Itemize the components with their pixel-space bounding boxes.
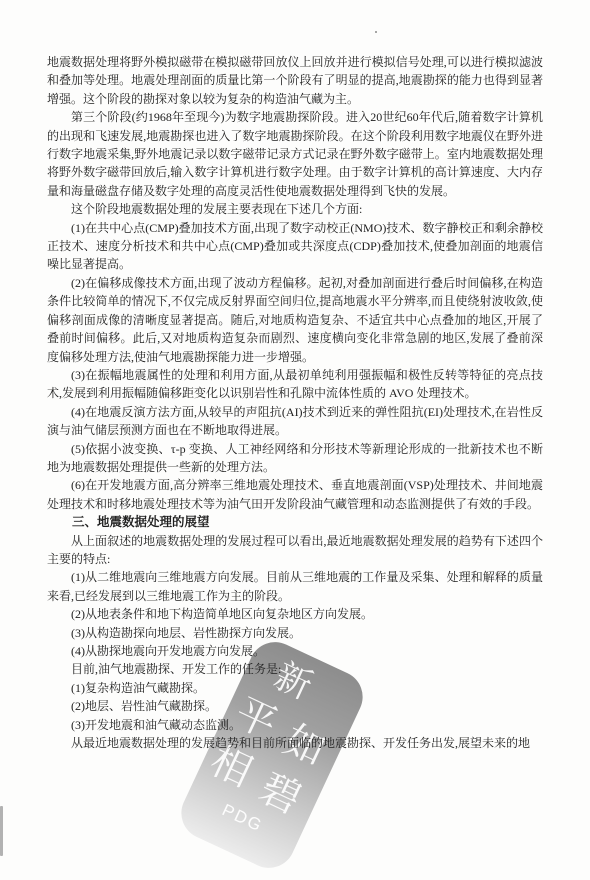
scan-speck: [375, 31, 377, 33]
seal-character-icon: 碧: [254, 768, 307, 821]
paragraph: (4)从勘探地震向开发地震方向发展。: [47, 642, 543, 660]
paragraph: (1)从二维地震向三维地震方向发展。目前从三维地震的工作量及采集、处理和解释的质…: [47, 568, 543, 605]
paragraph: 地震数据处理将野外模拟磁带在模拟磁带回放仪上回放并进行模拟信号处理,可以进行模拟…: [47, 53, 543, 108]
paragraph: 第三个阶段(约1968年至现今)为数字地震勘探阶段。进入20世纪60年代后,随着…: [47, 108, 543, 200]
document-page: 新 平 如 相 碧 PDG 地震数据处理将野外模拟磁带在模拟磁带回放仪上回放并进…: [0, 0, 590, 880]
paragraph: (3)开发地震和油气藏动态监测。: [47, 716, 543, 734]
paragraph: (3)从构造勘探向地层、岩性勘探方向发展。: [47, 624, 543, 642]
paragraph: 目前,油气地震勘探、开发工作的任务是:: [47, 660, 543, 678]
paragraph: (2)在偏移成像技术方面,出现了波动方程偏移。起初,对叠加剖面进行叠后时间偏移,…: [47, 274, 543, 366]
paragraph: (3)在振幅地震属性的处理和利用方面,从最初单纯利用强振幅和极性反转等特征的亮点…: [47, 366, 543, 403]
section-heading: 三、地震数据处理的展望: [47, 513, 543, 531]
paragraph: (6)在开发地震方面,高分辨率三维地震处理技术、垂直地震剖面(VSP)处理技术、…: [47, 476, 543, 513]
scan-edge-artifact: [0, 806, 3, 856]
paragraph: (4)在地震反演方法方面,从较早的声阻抗(AI)技术到近来的弹性阻抗(EI)处理…: [47, 403, 543, 440]
text-column: 地震数据处理将野外模拟磁带在模拟磁带回放仪上回放并进行模拟信号处理,可以进行模拟…: [47, 53, 543, 752]
paragraph: (2)从地表条件和地下构造简单地区向复杂地区方向发展。: [47, 605, 543, 623]
paragraph: 这个阶段地震数据处理的发展主要表现在下述几个方面:: [47, 200, 543, 218]
paragraph: 从最近地震数据处理的发展趋势和目前所面临的地震勘探、开发任务出发,展望未来的地: [47, 734, 543, 752]
paragraph: (5)依据小波变换、τ-p 变换、人工神经网络和分形技术等新理论形成的一批新技术…: [47, 440, 543, 477]
paragraph: (2)地层、岩性油气藏勘探。: [47, 697, 543, 715]
paragraph: (1)复杂构造油气藏勘探。: [47, 679, 543, 697]
paragraph: (1)在共中心点(CMP)叠加技术方面,出现了数字动校正(NMO)技术、数字静校…: [47, 219, 543, 274]
paragraph: 从上面叙述的地震数据处理的发展过程可以看出,最近地震数据处理发展的趋势有下述四个…: [47, 532, 543, 569]
